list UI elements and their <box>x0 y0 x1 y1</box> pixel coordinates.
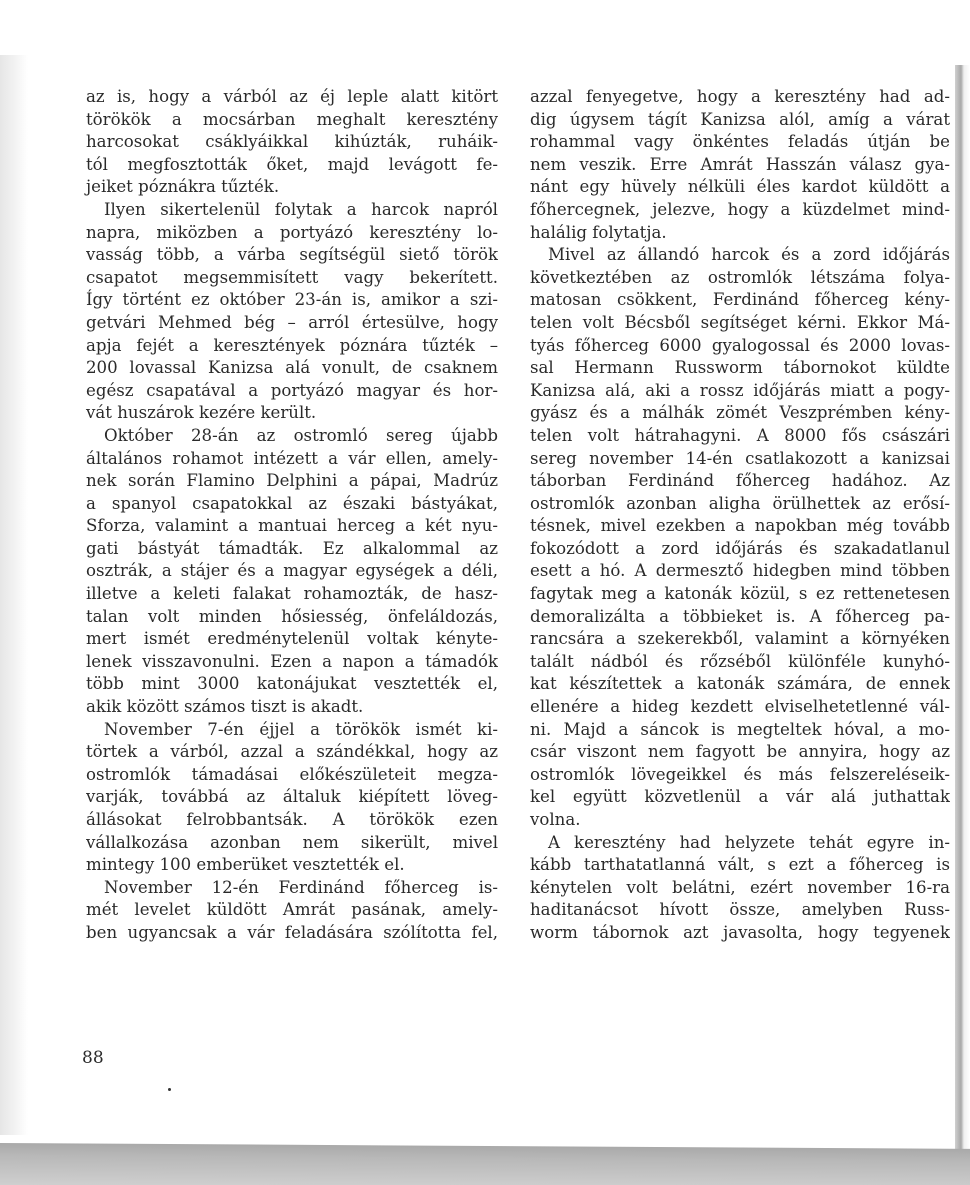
text-line: lenek visszavonulni. Ezen a napon a táma… <box>86 651 498 674</box>
text-line: ellenére a hideg kezdett elviselhetetlen… <box>530 696 950 719</box>
text-line: főhercegnek, jelezve, hogy a küzdelmet m… <box>530 199 950 222</box>
text-line: Sforza, valamint a mantuai herceg a két … <box>86 515 498 538</box>
text-line: talan volt minden hősiesség, önfeláldozá… <box>86 606 498 629</box>
text-line: rancsára a szekerekből, valamint a körny… <box>530 628 950 651</box>
text-line: November 12-én Ferdinánd főherceg is- <box>86 877 498 900</box>
text-line: az is, hogy a várból az éj leple alatt k… <box>86 86 498 109</box>
text-line: rohammal vagy önkéntes feladás útján be <box>530 131 950 154</box>
left-text-column: az is, hogy a várból az éj leple alatt k… <box>86 86 498 945</box>
text-line: csapatot megsemmisített vagy bekerített. <box>86 267 498 290</box>
text-line: fokozódott a zord időjárás és szakadatla… <box>530 538 950 561</box>
text-line: kel együtt közvetlenül a vár alá juthatt… <box>530 786 950 809</box>
text-line: 200 lovassal Kanizsa alá vonult, de csak… <box>86 357 498 380</box>
text-line: nem veszik. Erre Amrát Hasszán válasz gy… <box>530 154 950 177</box>
text-line: telen volt Bécsből segítséget kérni. Ekk… <box>530 312 950 335</box>
text-line: a spanyol csapatokkal az északi bástyáka… <box>86 493 498 516</box>
text-line: ostromlók támadásai előkészületeit megza… <box>86 764 498 787</box>
text-line: ben ugyancsak a vár feladására szólított… <box>86 922 498 945</box>
text-line: akik között számos tiszt is akadt. <box>86 696 498 719</box>
text-line: sal Hermann Russworm tábornokot küldte <box>530 357 950 380</box>
text-line: nánt egy hüvely nélküli éles kardot küld… <box>530 176 950 199</box>
text-line: tésnek, mivel ezekben a napokban még tov… <box>530 515 950 538</box>
text-line: A keresztény had helyzete tehát egyre in… <box>530 832 950 855</box>
text-line: halálig folytatja. <box>530 222 950 245</box>
text-line: Kanizsa alá, aki a rossz időjárás miatt … <box>530 380 950 403</box>
scan-left-shadow <box>0 55 28 1135</box>
text-line: ostromlók azonban aligha örülhettek az e… <box>530 493 950 516</box>
text-line: gyász és a málhák zömét Veszprémben kény… <box>530 402 950 425</box>
text-line: sereg november 14-én csatlakozott a kani… <box>530 448 950 471</box>
text-line: worm tábornok azt javasolta, hogy tegyen… <box>530 922 950 945</box>
text-line: kább tarthatatlanná vált, s ezt a főherc… <box>530 854 950 877</box>
text-line: vát huszárok kezére került. <box>86 402 498 425</box>
text-line: napra, miközben a portyázó keresztény lo… <box>86 222 498 245</box>
text-line: tyás főherceg 6000 gyalogossal és 2000 l… <box>530 335 950 358</box>
right-text-column: azzal fenyegetve, hogy a keresztény had … <box>530 86 950 945</box>
text-line: varják, továbbá az általuk kiépített löv… <box>86 786 498 809</box>
text-line: táborban Ferdinánd főherceg hadához. Az <box>530 470 950 493</box>
text-line: azzal fenyegetve, hogy a keresztény had … <box>530 86 950 109</box>
text-line: dig úgysem tágít Kanizsa alól, amíg a vá… <box>530 109 950 132</box>
text-line: November 7-én éjjel a törökök ismét ki- <box>86 719 498 742</box>
text-line: osztrák, a stájer és a magyar egységek a… <box>86 560 498 583</box>
text-line: mintegy 100 emberüket vesztették el. <box>86 854 498 877</box>
text-line: Így történt ez október 23-án is, amikor … <box>86 289 498 312</box>
text-line: fagytak meg a katonák közül, s ez retten… <box>530 583 950 606</box>
text-line: mét levelet küldött Amrát pasának, amely… <box>86 899 498 922</box>
text-line: getvári Mehmed bég – arról értesülve, ho… <box>86 312 498 335</box>
text-line: telen volt hátrahagyni. A 8000 fős csász… <box>530 425 950 448</box>
scan-speck <box>168 1088 171 1091</box>
page-number: 88 <box>82 1048 104 1068</box>
text-line: harcosokat csáklyáikkal kihúzták, ruháik… <box>86 131 498 154</box>
text-line: általános rohamot intézett a vár ellen, … <box>86 448 498 471</box>
text-line: ostromlók lövegeikkel és más felszerelés… <box>530 764 950 787</box>
text-line: matosan csökkent, Ferdinánd főherceg kén… <box>530 289 950 312</box>
text-line: kénytelen volt belátni, ezért november 1… <box>530 877 950 900</box>
text-line: demoralizálta a többieket is. A főherceg… <box>530 606 950 629</box>
text-line: állásokat felrobbantsák. A törökök ezen <box>86 809 498 832</box>
text-line: talált nádból és rőzséből különféle kuny… <box>530 651 950 674</box>
text-line: több mint 3000 katonájukat vesztették el… <box>86 673 498 696</box>
text-line: tól megfosztották őket, majd levágott fe… <box>86 154 498 177</box>
text-line: vállalkozása azonban nem sikerült, mivel <box>86 832 498 855</box>
text-line: kat készítettek a katonák számára, de en… <box>530 673 950 696</box>
text-line: haditanácsot hívott össze, amelyben Russ… <box>530 899 950 922</box>
text-line: apja fejét a keresztények póznára tűzték… <box>86 335 498 358</box>
text-line: egész csapatával a portyázó magyar és ho… <box>86 380 498 403</box>
text-line: vasság több, a várba segítségül siető tö… <box>86 244 498 267</box>
text-line: Ilyen sikertelenül folytak a harcok napr… <box>86 199 498 222</box>
text-line: nek során Flamino Delphini a pápai, Madr… <box>86 470 498 493</box>
text-line: törökök a mocsárban meghalt keresztény <box>86 109 498 132</box>
text-line: jeiket póznákra tűzték. <box>86 176 498 199</box>
text-line: mert ismét eredménytelenül voltak kényte… <box>86 628 498 651</box>
text-line: törtek a várból, azzal a szándékkal, hog… <box>86 741 498 764</box>
text-line: csár viszont nem fagyott be annyira, hog… <box>530 741 950 764</box>
scan-bottom-edge <box>0 1143 970 1185</box>
text-line: Október 28-án az ostromló sereg újabb <box>86 425 498 448</box>
text-line: Mivel az állandó harcok és a zord időjár… <box>530 244 950 267</box>
text-line: gati bástyát támadták. Ez alkalommal az <box>86 538 498 561</box>
text-line: volna. <box>530 809 950 832</box>
text-line: ni. Majd a sáncok is megteltek hóval, a … <box>530 719 950 742</box>
text-line: esett a hó. A dermesztő hidegben mind tö… <box>530 560 950 583</box>
text-line: következtében az ostromlók létszáma foly… <box>530 267 950 290</box>
text-line: illetve a keleti falakat rohamozták, de … <box>86 583 498 606</box>
scan-right-page-edge <box>955 65 970 1150</box>
